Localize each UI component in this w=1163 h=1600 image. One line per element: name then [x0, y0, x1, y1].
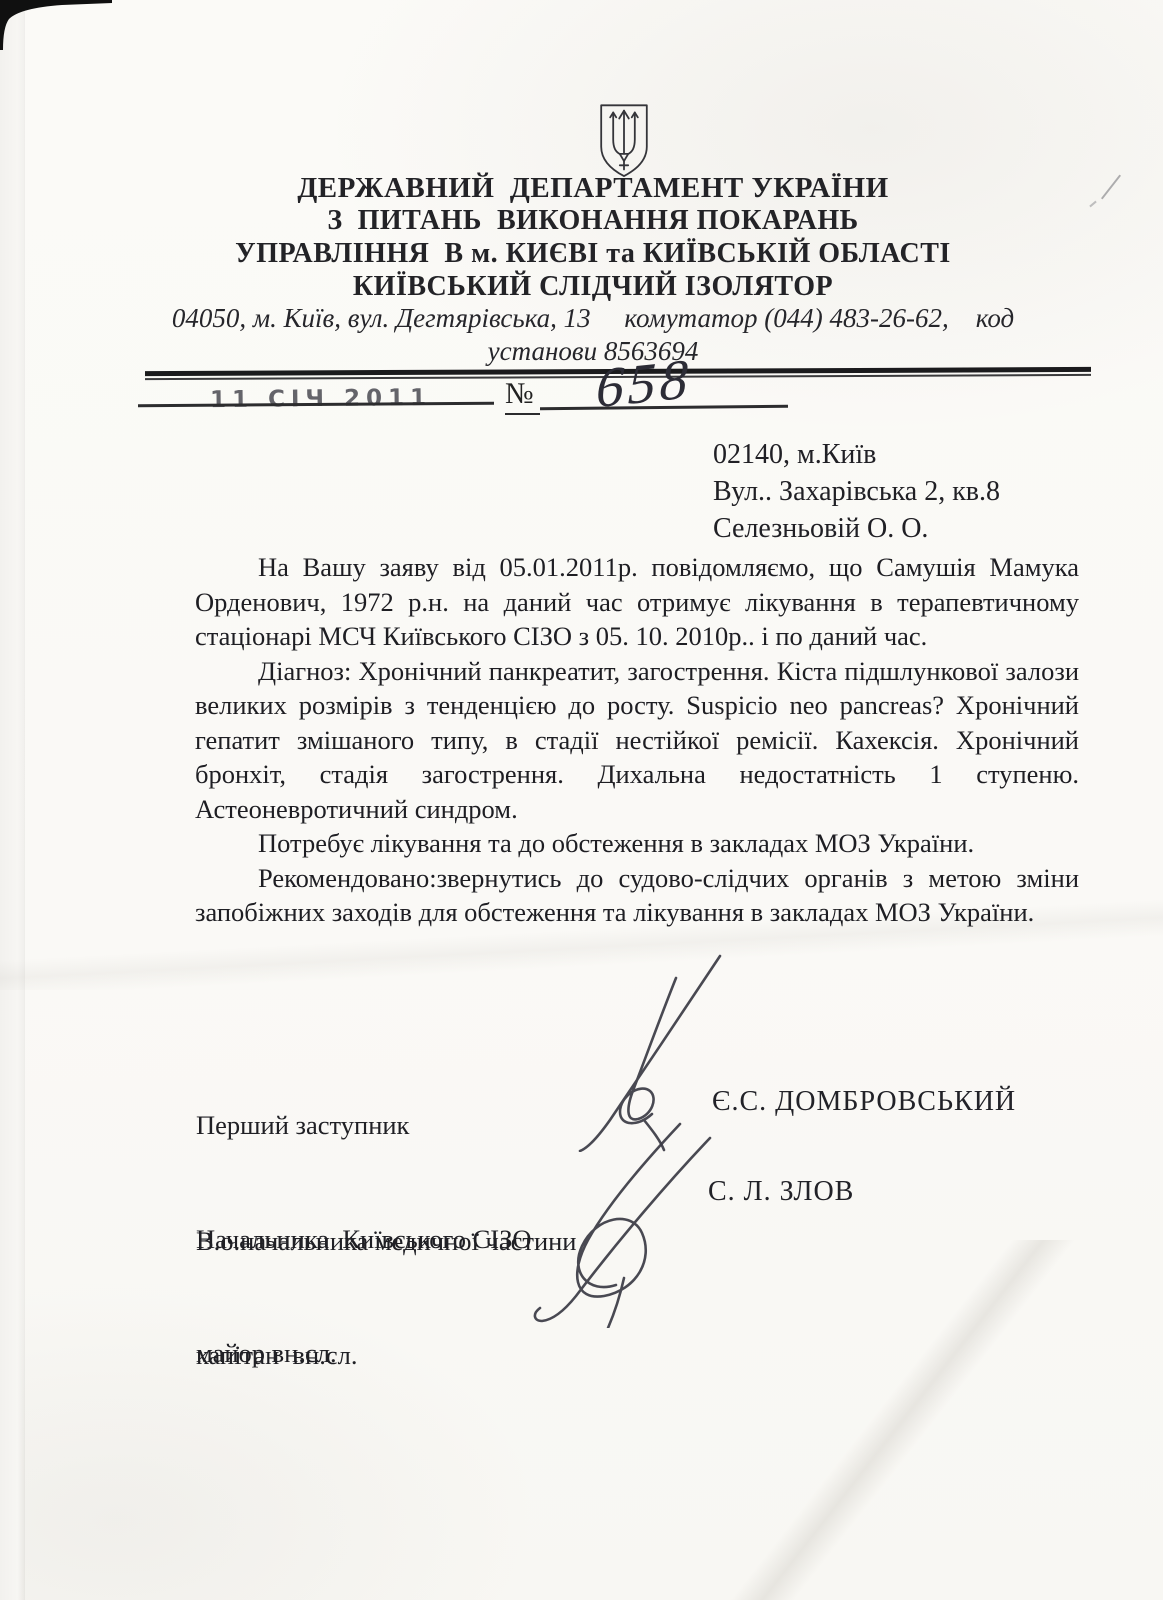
signatory-1-title-line-1: Перший заступник — [196, 1106, 532, 1144]
scan-corner-artifact — [0, 0, 120, 52]
date-stamp: 11 СІЧ 2011 — [210, 385, 432, 413]
handwritten-outgoing-number: 658 — [595, 347, 693, 422]
letterhead-line-4: КИЇВСЬКИЙ СЛІДЧИЙ ІЗОЛЯТОР — [92, 271, 1094, 303]
letterhead-line-2: З ПИТАНЬ ВИКОНАННЯ ПОКАРАНЬ — [92, 205, 1094, 237]
letterhead-address-line-2: установи 8563694 — [92, 336, 1094, 367]
recipient-street: Вул.. Захарівська 2, кв.8 — [713, 473, 1000, 510]
number-sign: № — [505, 377, 540, 415]
body-paragraph-2: Діагноз: Хронічний панкреатит, загострен… — [195, 654, 1079, 827]
letterhead-line-1: ДЕРЖАВНИЙ ДЕПАРТАМЕНТ УКРАЇНИ — [92, 172, 1094, 205]
pen-scratch-mark — [1101, 175, 1121, 200]
recipient-name: Селезньовій О. О. — [713, 510, 1000, 547]
letter-body: На Вашу заяву від 05.01.2011р. повідомля… — [195, 550, 1079, 930]
recipient-postal-city: 02140, м.Київ — [713, 436, 1000, 473]
letterhead-line-3: УПРАВЛІННЯ В м. КИЄВІ та КИЇВСЬКІЙ ОБЛАС… — [92, 238, 1094, 270]
signature-2-handwriting — [520, 1118, 750, 1328]
scan-left-edge — [0, 0, 25, 1600]
recipient-block: 02140, м.Київ Вул.. Захарівська 2, кв.8 … — [713, 436, 1000, 547]
signatory-2-name: С. Л. ЗЛОВ — [708, 1176, 854, 1208]
signatory-1-name: Є.С. ДОМБРОВСЬКИЙ — [712, 1086, 1016, 1118]
body-paragraph-4: Рекомендовано:звернутись до судово-слідч… — [195, 861, 1079, 930]
letterhead-address-line-1: 04050, м. Київ, вул. Дегтярівська, 13 ко… — [92, 303, 1094, 334]
scanned-letter-page: ДЕРЖАВНИЙ ДЕПАРТАМЕНТ УКРАЇНИ З ПИТАНЬ В… — [0, 0, 1163, 1600]
signatory-2-title-line-2: капітан вн.сл. — [196, 1336, 577, 1374]
body-paragraph-1: На Вашу заяву від 05.01.2011р. повідомля… — [195, 550, 1079, 654]
body-paragraph-3: Потребує лікування та до обстеження в за… — [195, 826, 1079, 861]
